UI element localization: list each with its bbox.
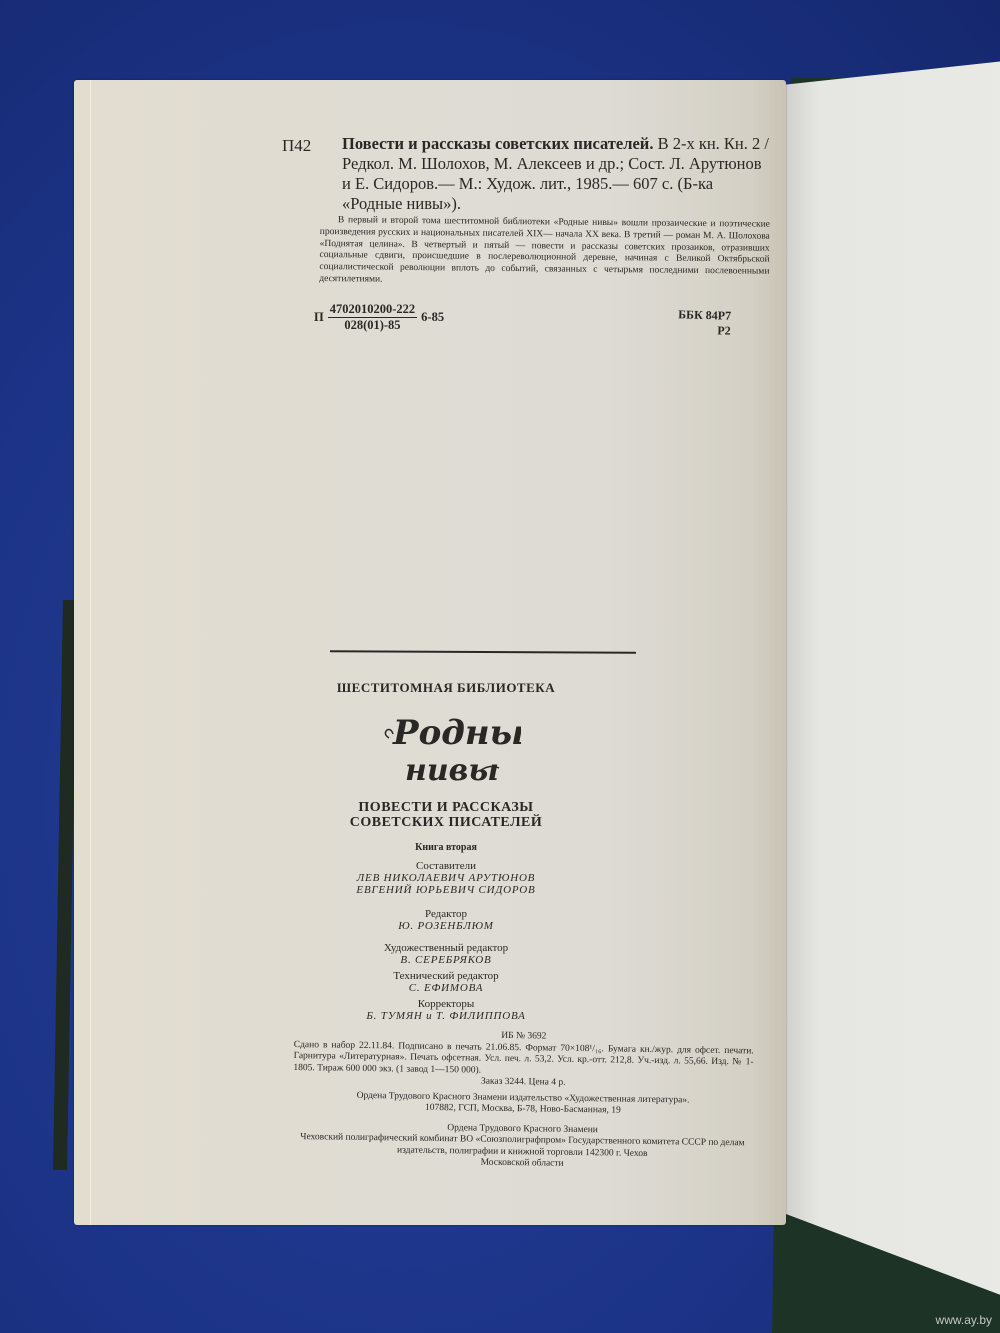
divider-rule — [330, 650, 636, 654]
series-name: ШЕСТИТОМНАЯ БИБЛИОТЕКА — [296, 680, 596, 696]
credit-role: Технический редактор — [296, 970, 596, 982]
colophon-page: П42 Повести и рассказы советских писател… — [74, 80, 786, 1225]
credit-role: Корректоры — [296, 998, 596, 1010]
index-prefix: П — [314, 310, 324, 325]
annotation: В первый и второй тома шеститомной библи… — [319, 215, 770, 290]
index-denominator: 028(01)-85 — [344, 318, 400, 333]
bibliographic-title: Повести и рассказы советских писателей. — [342, 134, 653, 153]
bbk-line-1: ББК 84Р7 — [678, 307, 731, 323]
logo-icon: Родные нивы — [371, 700, 521, 790]
publication-index: П 4702010200-222 028(01)-85 6-85 — [314, 302, 444, 333]
bbk-line-2: Р2 — [678, 322, 731, 338]
credit-name: В. СЕРЕБРЯКОВ — [296, 954, 596, 966]
volume-number: Книга вторая — [296, 842, 596, 853]
print-imprint: ИБ № 3692 Сдано в набор 22.11.84. Подпис… — [292, 1028, 754, 1173]
svg-text:Родные: Родные — [392, 713, 521, 753]
credit-art-editor: Художественный редактор В. СЕРЕБРЯКОВ — [296, 942, 596, 966]
bibliographic-description: Повести и рассказы советских писателей. … — [342, 134, 772, 214]
credit-editor: Редактор Ю. РОЗЕНБЛЮМ — [296, 908, 596, 932]
credit-role: Составители — [296, 860, 596, 872]
credit-role: Художественный редактор — [296, 942, 596, 954]
credit-name: ЕВГЕНИЙ ЮРЬЕВИЧ СИДОРОВ — [296, 884, 596, 896]
page-edge-line — [90, 80, 91, 1225]
index-fraction: 4702010200-222 028(01)-85 — [328, 302, 417, 333]
credit-proofreaders: Корректоры Б. ТУМЯН и Т. ФИЛИППОВА — [296, 998, 596, 1022]
index-numerator: 4702010200-222 — [328, 302, 417, 318]
print-details: Сдано в набор 22.11.84. Подписано в печа… — [293, 1039, 753, 1080]
book-title-line-1: ПОВЕСТИ И РАССКАЗЫ — [296, 800, 596, 815]
credit-name: Б. ТУМЯН и Т. ФИЛИППОВА — [296, 1010, 596, 1022]
watermark: www.ay.by — [936, 1313, 992, 1327]
bbk-classification: ББК 84Р7 Р2 — [678, 307, 732, 338]
book-title: ПОВЕСТИ И РАССКАЗЫ СОВЕТСКИХ ПИСАТЕЛЕЙ — [296, 800, 596, 830]
credit-tech-editor: Технический редактор С. ЕФИМОВА — [296, 970, 596, 994]
udk-code: П42 — [282, 136, 311, 156]
index-suffix: 6-85 — [421, 310, 444, 325]
credit-name: ЛЕВ НИКОЛАЕВИЧ АРУТЮНОВ — [296, 872, 596, 884]
book-title-line-2: СОВЕТСКИХ ПИСАТЕЛЕЙ — [296, 815, 596, 830]
right-page-blank — [784, 60, 1000, 1300]
svg-text:нивы: нивы — [405, 753, 499, 788]
credit-name: С. ЕФИМОВА — [296, 982, 596, 994]
credit-role: Редактор — [296, 908, 596, 920]
credit-name: Ю. РОЗЕНБЛЮМ — [296, 920, 596, 932]
rodnye-nivy-logo: Родные нивы — [296, 700, 596, 790]
credit-compilers: Составители ЛЕВ НИКОЛАЕВИЧ АРУТЮНОВ ЕВГЕ… — [296, 860, 596, 896]
